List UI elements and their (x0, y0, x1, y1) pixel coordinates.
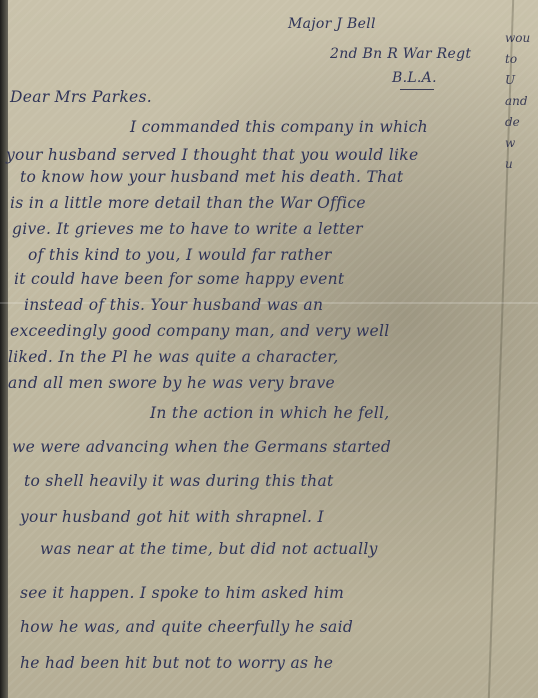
letter-line: your husband got hit with shrapnel. I (20, 508, 324, 526)
letter-line: your husband served I thought that you w… (6, 146, 418, 164)
fragment-line: to (505, 49, 530, 70)
letter-line: I commanded this company in which (130, 118, 428, 136)
letter-line: exceedingly good company man, and very w… (10, 322, 389, 340)
letter-line: is in a little more detail than the War … (10, 194, 366, 212)
sender-location: B.L.A. (392, 70, 437, 86)
salutation: Dear Mrs Parkes. (10, 88, 152, 106)
fragment-line: wou (505, 28, 530, 49)
fragment-line: u (505, 154, 530, 175)
letter-line: how he was, and quite cheerfully he said (20, 618, 353, 636)
letter-line: it could have been for some happy event (14, 270, 344, 288)
letter-line: he had been hit but not to worry as he (20, 654, 333, 672)
next-page-fragment: wou to U and de w u (505, 28, 530, 175)
letter-line: instead of this. Your husband was an (24, 296, 323, 314)
fragment-line: de (505, 112, 530, 133)
letter-line: give. It grieves me to have to write a l… (12, 220, 363, 238)
letter-line: to know how your husband met his death. … (20, 168, 403, 186)
letter-line: see it happen. I spoke to him asked him (20, 584, 344, 602)
fragment-line: and (505, 91, 530, 112)
letter-photo: Major J Bell 2nd Bn R War Regt B.L.A. De… (0, 0, 538, 698)
location-underline (400, 89, 434, 90)
letter-line: of this kind to you, I would far rather (28, 246, 332, 264)
fragment-line: U (505, 70, 530, 91)
letter-line: was near at the time, but did not actual… (40, 540, 378, 558)
letter-line: we were advancing when the Germans start… (12, 438, 391, 456)
sender-name: Major J Bell (288, 16, 376, 32)
letter-line: liked. In the Pl he was quite a characte… (8, 348, 339, 366)
photo-left-edge (0, 0, 8, 698)
fragment-line: w (505, 133, 530, 154)
letter-line: and all men swore by he was very brave (8, 374, 335, 392)
letter-line: to shell heavily it was during this that (24, 472, 334, 490)
letter-line: In the action in which he fell, (150, 404, 390, 422)
sender-unit: 2nd Bn R War Regt (330, 46, 471, 62)
